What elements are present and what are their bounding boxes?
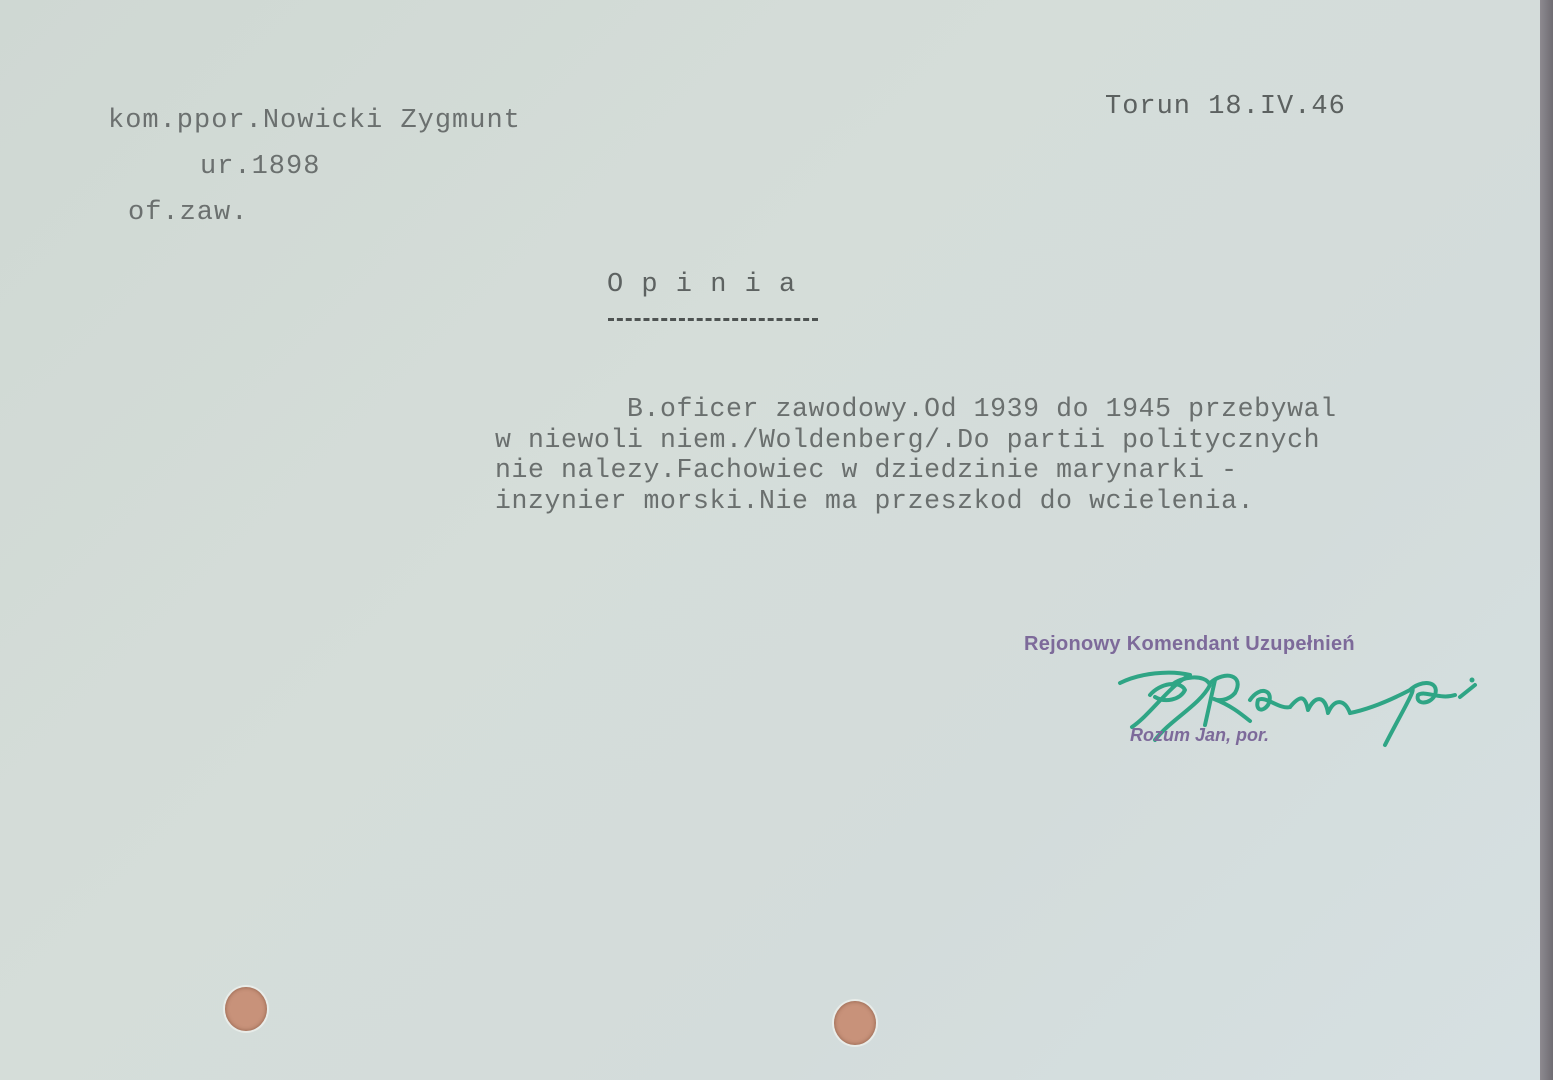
handwritten-signature xyxy=(1110,655,1490,765)
body-line: B.oficer zawodowy.Od 1939 do 1945 przeby… xyxy=(495,394,1337,425)
recipient-rank: of.zaw. xyxy=(128,198,248,228)
title-underline xyxy=(608,318,818,321)
body-line: nie nalezy.Fachowiec w dziedzinie maryna… xyxy=(495,455,1337,486)
punch-hole xyxy=(225,987,267,1031)
stamp-title: Rejonowy Komendant Uzupełnień xyxy=(1024,633,1355,656)
recipient-birth-year: ur.1898 xyxy=(200,152,320,182)
place-date: Torun 18.IV.46 xyxy=(1105,92,1346,122)
body-line: inzynier morski.Nie ma przeszkod do wcie… xyxy=(495,486,1337,517)
stamp-name: Rozum Jan, por. xyxy=(1130,725,1269,746)
body-line: w niewoli niem./Woldenberg/.Do partii po… xyxy=(495,425,1337,456)
page-edge xyxy=(1540,0,1553,1080)
opinion-body: B.oficer zawodowy.Od 1939 do 1945 przeby… xyxy=(495,394,1337,516)
recipient-name: kom.ppor.Nowicki Zygmunt xyxy=(108,106,521,136)
document-title: O p i n i a xyxy=(607,270,796,300)
punch-hole xyxy=(834,1001,876,1045)
